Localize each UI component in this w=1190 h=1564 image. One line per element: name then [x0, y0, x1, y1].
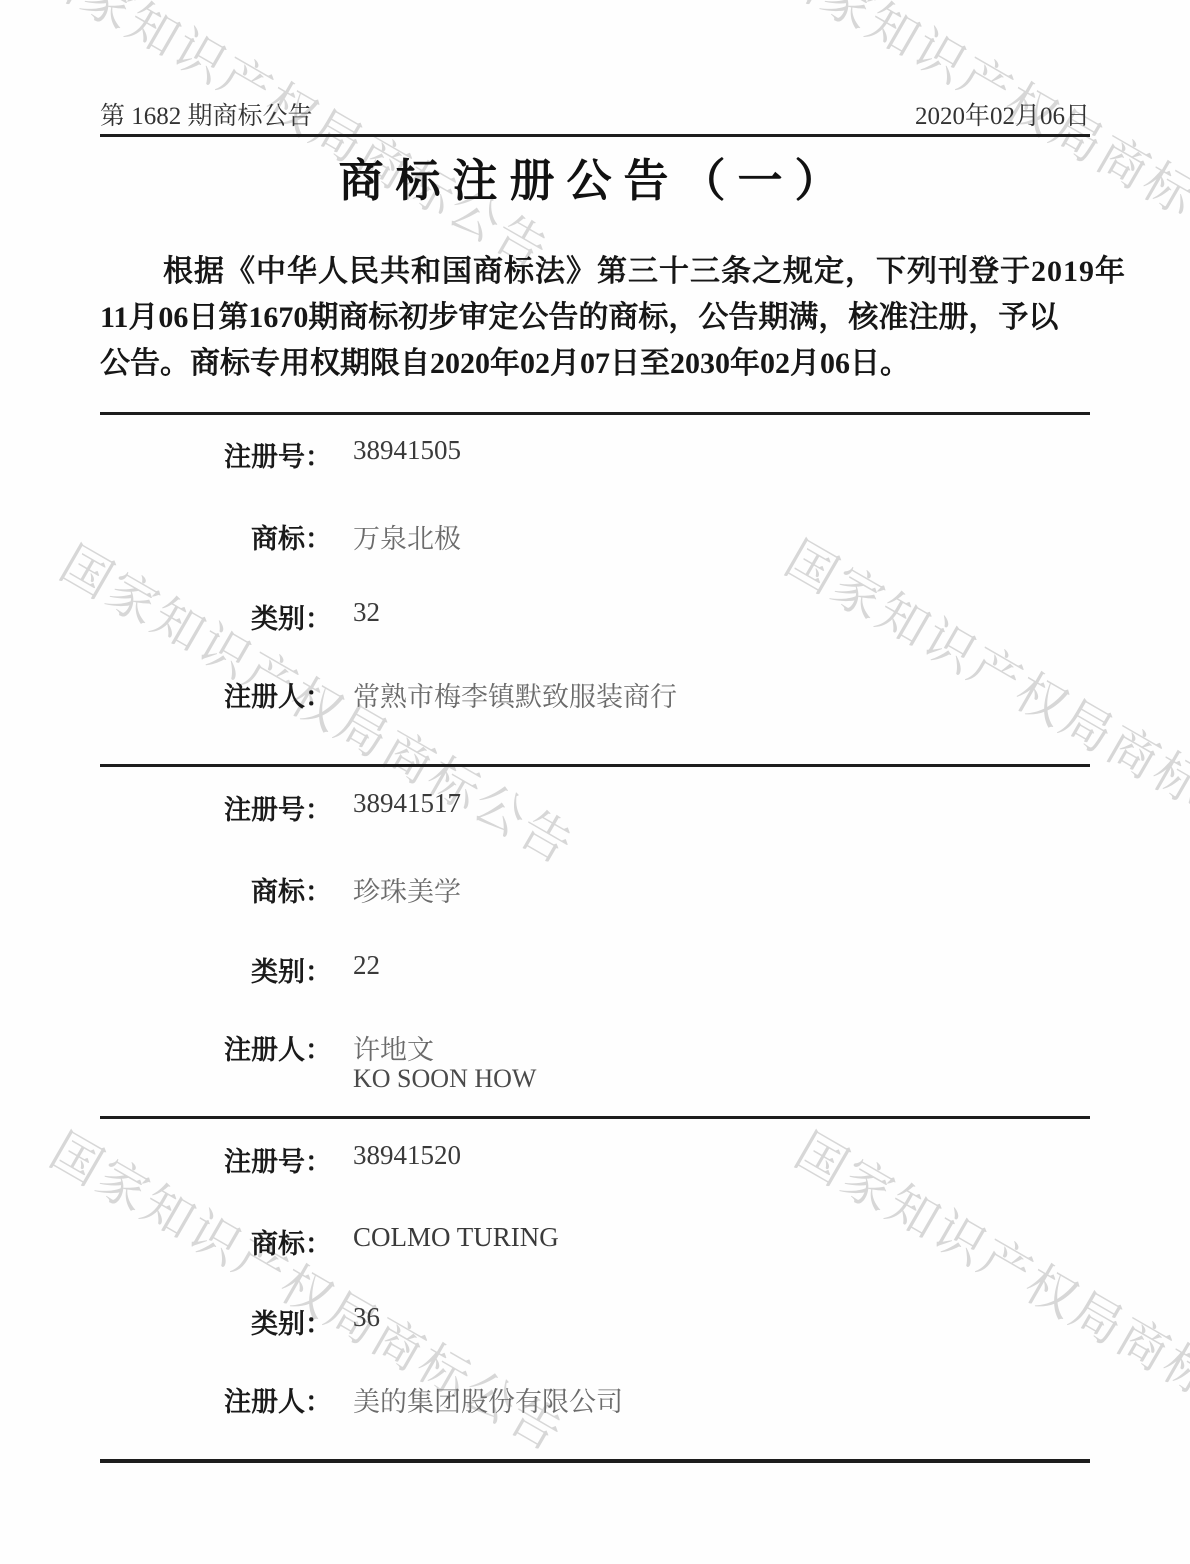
registrant-row: 注册人： 常熟市梅李镇默致服装商行: [0, 675, 1190, 715]
page-title: 商标注册公告（一）: [100, 144, 1090, 209]
registrant-label: 注册人：: [100, 1028, 332, 1067]
registrant-value: 常熟市梅李镇默致服装商行: [353, 675, 677, 714]
class-row: 类别： 22: [0, 950, 1190, 990]
registrant-row: 注册人： 许地文: [0, 1028, 1190, 1068]
registration-number-row: 注册号： 38941517: [0, 788, 1190, 828]
registrant-value: 许地文: [353, 1028, 434, 1067]
gazette-page: 国家知识产权局商标公告 国家知识产权局商标公告 国家知识产权局商标公告 国家知识…: [0, 0, 1190, 1564]
class-row: 类别： 36: [0, 1302, 1190, 1342]
trademark-entry-2: 注册号： 38941517 商标： 珍珠美学 类别： 22 注册人： 许地文 K…: [0, 788, 1190, 1088]
registration-number-value: 38941517: [353, 788, 461, 819]
class-label: 类别：: [100, 597, 332, 636]
registration-number-value: 38941505: [353, 435, 461, 466]
trademark-entry-1: 注册号： 38941505 商标： 万泉北极 类别： 32 注册人： 常熟市梅李…: [0, 435, 1190, 735]
entry-divider-2: [100, 764, 1090, 767]
registration-number-row: 注册号： 38941505: [0, 435, 1190, 475]
trademark-label: 商标：: [100, 870, 332, 909]
trademark-row: 商标： 珍珠美学: [0, 870, 1190, 910]
trademark-row: 商标： 万泉北极: [0, 517, 1190, 557]
registrant-row: 注册人： 美的集团股份有限公司: [0, 1380, 1190, 1420]
trademark-row: 商标： COLMO TURING: [0, 1222, 1190, 1262]
registration-number-label: 注册号：: [100, 435, 332, 474]
registrant-label: 注册人：: [100, 1380, 332, 1419]
intro-paragraph-line-3: 公告。商标专用权期限自2020年02月07日至2030年02月06日。: [100, 338, 910, 382]
watermark-top-right: 国家知识产权局商标公告: [764, 0, 1190, 284]
intro-paragraph-line-1: 根据《中华人民共和国商标法》第三十三条之规定，下列刊登于2019年: [163, 246, 1126, 290]
page-bottom-rule: [100, 1459, 1090, 1463]
trademark-label: 商标：: [100, 1222, 332, 1261]
registrant-label: 注册人：: [100, 675, 332, 714]
trademark-entry-3: 注册号： 38941520 商标： COLMO TURING 类别： 36 注册…: [0, 1140, 1190, 1440]
watermark-top-left: 国家知识产权局商标公告: [24, 0, 565, 284]
class-label: 类别：: [100, 950, 332, 989]
registration-number-label: 注册号：: [100, 788, 332, 827]
gazette-date: 2020年02月06日: [100, 96, 1090, 132]
entry-divider-3: [100, 1116, 1090, 1119]
entry-divider-1: [100, 412, 1090, 415]
class-value: 32: [353, 597, 380, 628]
registrant-extra-value: KO SOON HOW: [353, 1064, 536, 1094]
trademark-value: 万泉北极: [353, 517, 461, 556]
class-value: 22: [353, 950, 380, 981]
trademark-value: COLMO TURING: [353, 1222, 559, 1253]
header-divider: [100, 134, 1090, 137]
registration-number-row: 注册号： 38941520: [0, 1140, 1190, 1180]
intro-paragraph-line-2: 11月06日第1670期商标初步审定公告的商标，公告期满，核准注册，予以: [100, 292, 1058, 336]
trademark-value: 珍珠美学: [353, 870, 461, 909]
class-label: 类别：: [100, 1302, 332, 1341]
registration-number-label: 注册号：: [100, 1140, 332, 1179]
class-row: 类别： 32: [0, 597, 1190, 637]
registrant-extra-row: KO SOON HOW: [0, 1064, 1190, 1104]
class-value: 36: [353, 1302, 380, 1333]
trademark-label: 商标：: [100, 517, 332, 556]
registration-number-value: 38941520: [353, 1140, 461, 1171]
registrant-value: 美的集团股份有限公司: [353, 1380, 623, 1419]
